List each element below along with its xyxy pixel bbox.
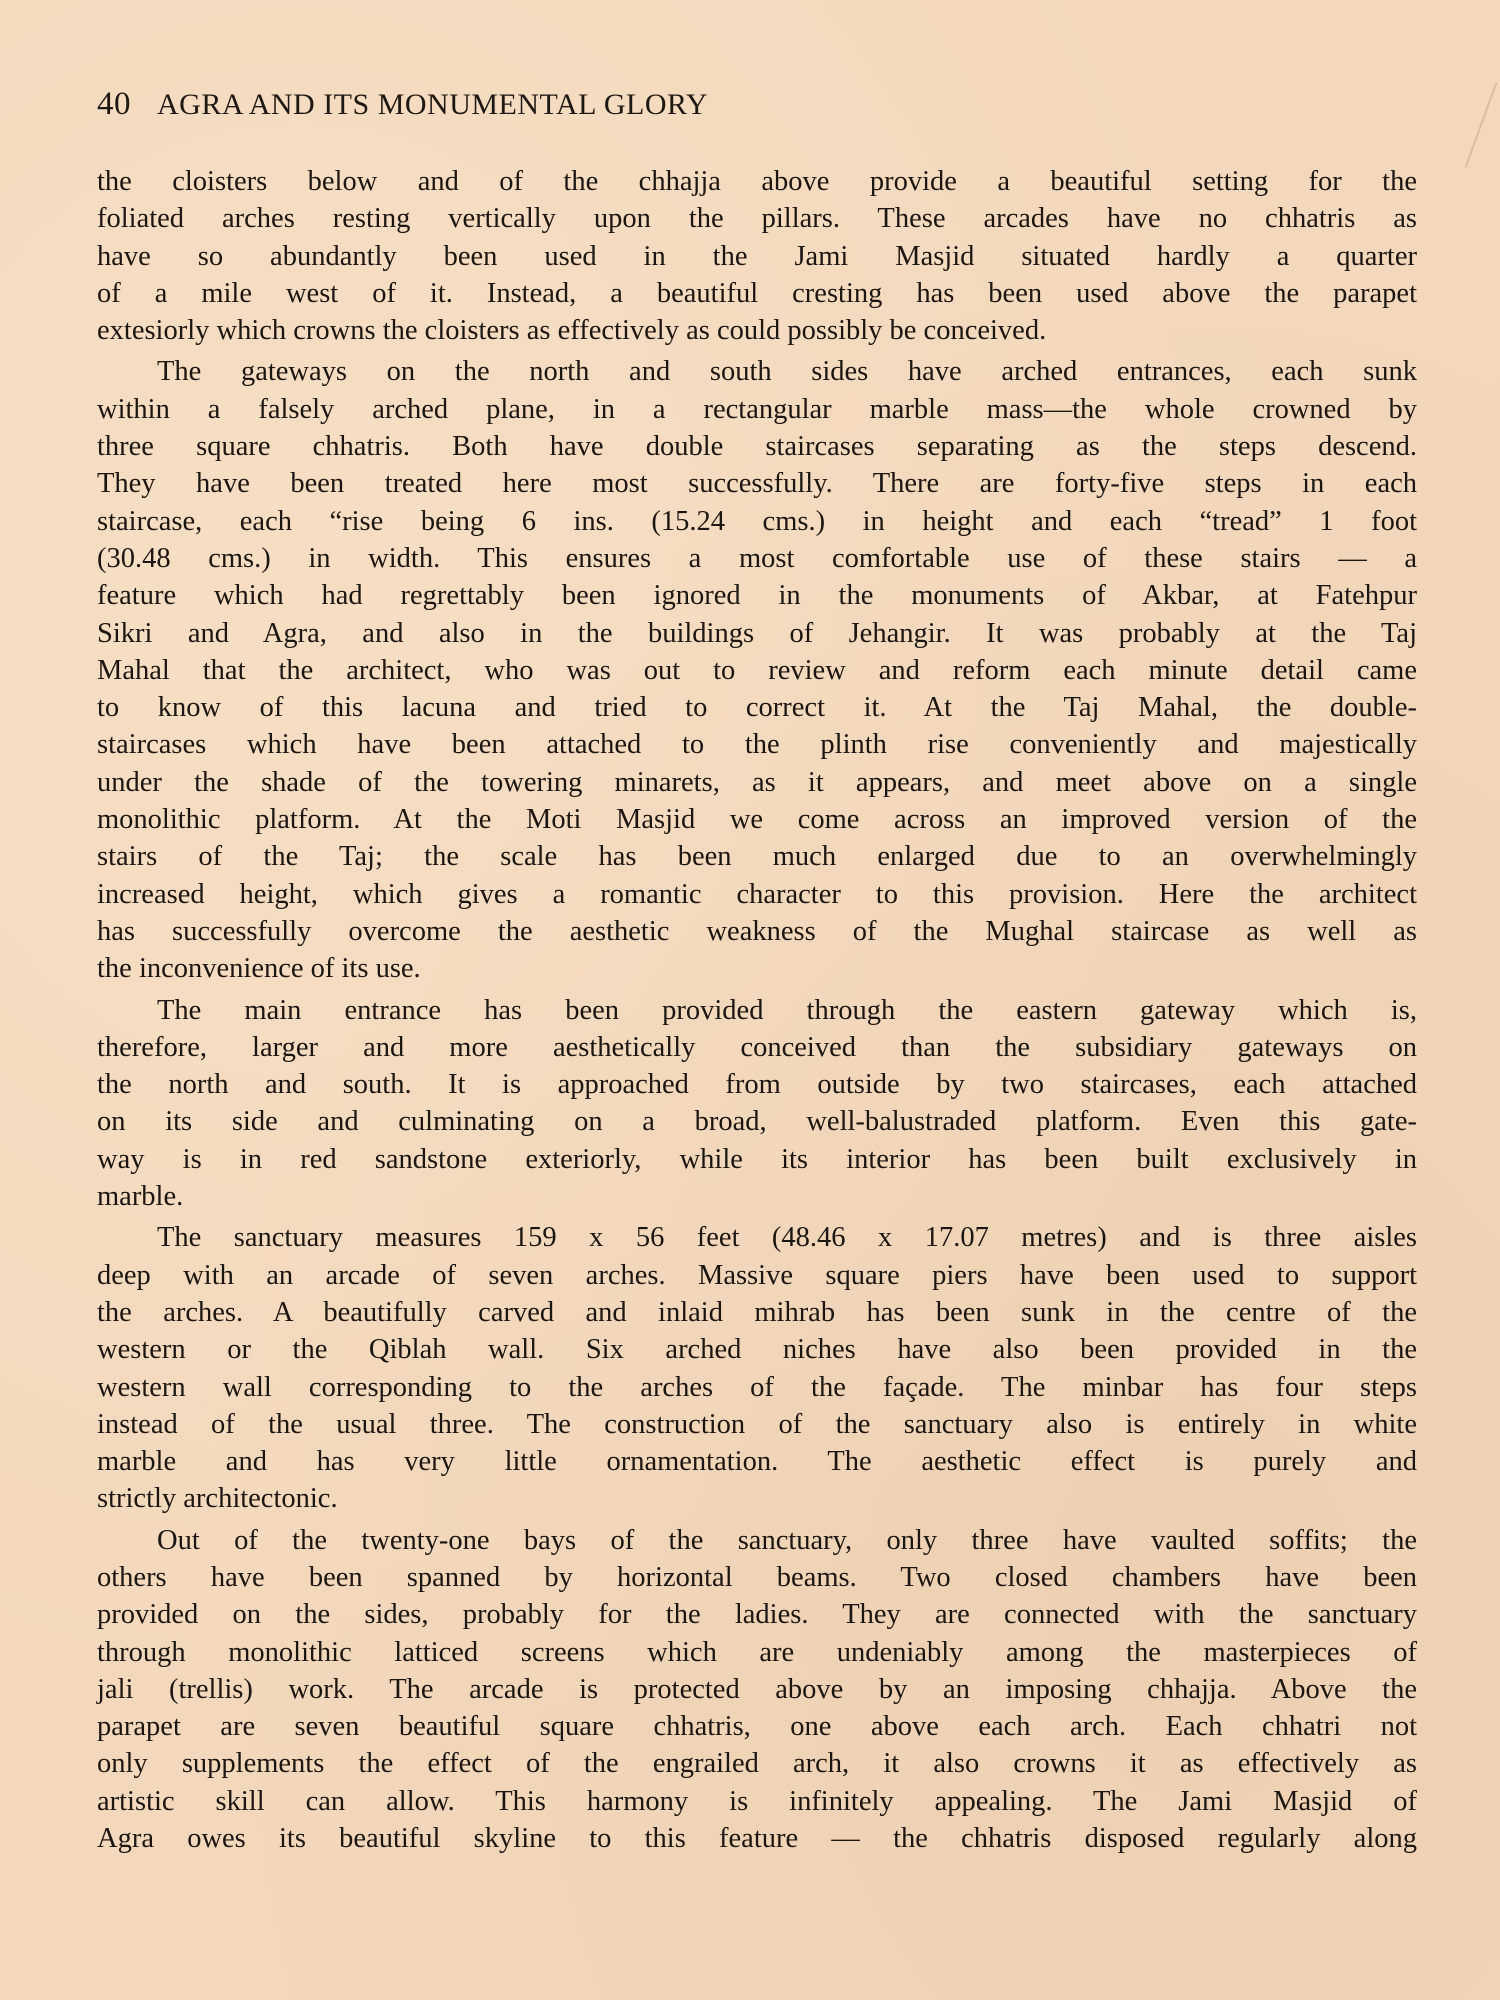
- text-line: within a falsely arched plane, in a rect…: [97, 391, 1417, 428]
- text-line: western or the Qiblah wall. Six arched n…: [97, 1331, 1417, 1368]
- text-line: The gateways on the north and south side…: [97, 353, 1417, 390]
- text-line: marble.: [97, 1178, 1417, 1215]
- text-line: The main entrance has been provided thro…: [97, 992, 1417, 1029]
- text-line: parapet are seven beautiful square chhat…: [97, 1708, 1417, 1745]
- text-line: through monolithic latticed screens whic…: [97, 1634, 1417, 1671]
- paragraph: The gateways on the north and south side…: [97, 353, 1417, 987]
- text-line: under the shade of the towering minarets…: [97, 764, 1417, 801]
- text-line: the arches. A beautifully carved and inl…: [97, 1294, 1417, 1331]
- text-line: instead of the usual three. The construc…: [97, 1406, 1417, 1443]
- text-line: jali (trellis) work. The arcade is prote…: [97, 1671, 1417, 1708]
- text-line: Mahal that the architect, who was out to…: [97, 652, 1417, 689]
- text-line: Out of the twenty-one bays of the sanctu…: [97, 1522, 1417, 1559]
- text-line: They have been treated here most success…: [97, 465, 1417, 502]
- text-line: of a mile west of it. Instead, a beautif…: [97, 275, 1417, 312]
- text-line: western wall corresponding to the arches…: [97, 1369, 1417, 1406]
- text-line: marble and has very little ornamentation…: [97, 1443, 1417, 1480]
- text-line: monolithic platform. At the Moti Masjid …: [97, 801, 1417, 838]
- text-line: deep with an arcade of seven arches. Mas…: [97, 1257, 1417, 1294]
- text-line: others have been spanned by horizontal b…: [97, 1559, 1417, 1596]
- text-line: increased height, which gives a romantic…: [97, 876, 1417, 913]
- text-line: three square chhatris. Both have double …: [97, 428, 1417, 465]
- running-head: 40AGRA AND ITS MONUMENTAL GLORY: [97, 86, 708, 123]
- text-line: extesiorly which crowns the cloisters as…: [97, 312, 1417, 349]
- text-line: feature which had regrettably been ignor…: [97, 577, 1417, 614]
- paragraph: The sanctuary measures 159 x 56 feet (48…: [97, 1219, 1417, 1517]
- text-line: to know of this lacuna and tried to corr…: [97, 689, 1417, 726]
- text-line: foliated arches resting vertically upon …: [97, 200, 1417, 237]
- text-line: strictly architectonic.: [97, 1480, 1417, 1517]
- text-line: provided on the sides, probably for the …: [97, 1596, 1417, 1633]
- text-line: staircase, each “rise being 6 ins. (15.2…: [97, 503, 1417, 540]
- paragraph: The main entrance has been provided thro…: [97, 992, 1417, 1216]
- text-line: artistic skill can allow. This harmony i…: [97, 1783, 1417, 1820]
- text-line: the cloisters below and of the chhajja a…: [97, 163, 1417, 200]
- text-line: Sikri and Agra, and also in the building…: [97, 615, 1417, 652]
- page-number: 40: [97, 86, 131, 122]
- text-line: stairs of the Taj; the scale has been mu…: [97, 838, 1417, 875]
- paragraph: Out of the twenty-one bays of the sanctu…: [97, 1522, 1417, 1858]
- text-line: staircases which have been attached to t…: [97, 726, 1417, 763]
- text-line: have so abundantly been used in the Jami…: [97, 238, 1417, 275]
- text-line: way is in red sandstone exteriorly, whil…: [97, 1141, 1417, 1178]
- book-title: AGRA AND ITS MONUMENTAL GLORY: [157, 88, 708, 121]
- text-line: The sanctuary measures 159 x 56 feet (48…: [97, 1219, 1417, 1256]
- paper-crease: [1465, 82, 1498, 167]
- text-line: (30.48 cms.) in width. This ensures a mo…: [97, 540, 1417, 577]
- text-line: on its side and culminating on a broad, …: [97, 1103, 1417, 1140]
- text-line: the north and south. It is approached fr…: [97, 1066, 1417, 1103]
- text-line: has successfully overcome the aesthetic …: [97, 913, 1417, 950]
- text-line: the inconvenience of its use.: [97, 950, 1417, 987]
- body-text: the cloisters below and of the chhajja a…: [97, 163, 1417, 1857]
- paragraph: the cloisters below and of the chhajja a…: [97, 163, 1417, 349]
- text-line: therefore, larger and more aesthetically…: [97, 1029, 1417, 1066]
- book-page: 40AGRA AND ITS MONUMENTAL GLORY the cloi…: [0, 0, 1500, 2000]
- text-line: Agra owes its beautiful skyline to this …: [97, 1820, 1417, 1857]
- text-line: only supplements the effect of the engra…: [97, 1745, 1417, 1782]
